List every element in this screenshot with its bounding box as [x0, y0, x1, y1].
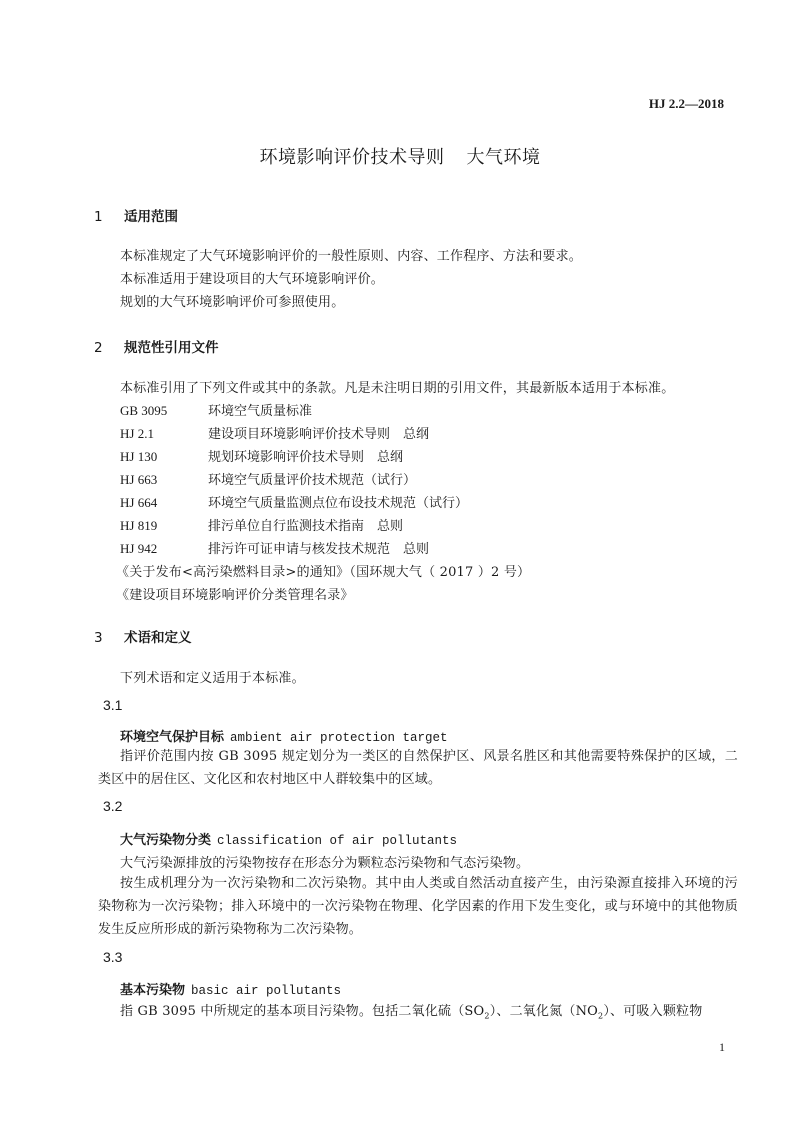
term-definition: 按生成机理分为一次污染物和二次污染物。其中由人类或自然活动直接产生，由污染源直接…: [98, 872, 738, 941]
reference-item: HJ 2.1建设项目环境影响评价技术导则 总纲: [120, 423, 429, 442]
section-heading-3: 3术语和定义: [94, 626, 192, 646]
reference-item: HJ 663环境空气质量评价技术规范（试行）: [120, 469, 416, 488]
page-number: 1: [719, 1040, 725, 1055]
paragraph: 本标准引用了下列文件或其中的条款。凡是未注明日期的引用文件，其最新版本适用于本标…: [120, 377, 674, 396]
paragraph: 下列术语和定义适用于本标准。: [120, 667, 305, 686]
document-page: HJ 2.2—2018 环境影响评价技术导则大气环境 1适用范围 本标准规定了大…: [0, 0, 800, 1132]
title-sub: 大气环境: [467, 147, 541, 168]
term-number: 3.1: [103, 697, 122, 713]
term-heading: 环境空气保护目标ambient air protection target: [120, 726, 448, 745]
standard-code: HJ 2.2—2018: [649, 96, 724, 112]
reference-item: HJ 942排污许可证申请与核发技术规范 总则: [120, 538, 429, 557]
other-reference: 《关于发布<高污染燃料目录>的通知》（国环规大气（ 2017 ）2 号）: [116, 561, 530, 580]
section-heading-2: 2规范性引用文件: [94, 336, 219, 356]
term-definition: 指 GB 3095 中所规定的基本项目污染物。包括二氧化硫（SO2）、二氧化氮（…: [120, 1000, 702, 1021]
section-heading-1: 1适用范围: [94, 205, 178, 225]
reference-item: HJ 664环境空气质量监测点位布设技术规范（试行）: [120, 492, 468, 511]
reference-item: HJ 130规划环境影响评价技术导则 总纲: [120, 446, 403, 465]
title-main: 环境影响评价技术导则: [260, 147, 445, 168]
term-heading: 大气污染物分类classification of air pollutants: [120, 829, 457, 848]
paragraph: 本标准适用于建设项目的大气环境影响评价。: [120, 268, 384, 287]
term-definition: 大气污染源排放的污染物按存在形态分为颗粒态污染物和气态污染物。: [120, 852, 529, 871]
term-number: 3.3: [103, 949, 122, 965]
document-title: 环境影响评价技术导则大气环境: [0, 143, 800, 169]
paragraph: 规划的大气环境影响评价可参照使用。: [120, 291, 344, 310]
reference-item: HJ 819排污单位自行监测技术指南 总则: [120, 515, 403, 534]
term-heading: 基本污染物basic air pollutants: [120, 979, 341, 998]
reference-item: GB 3095环境空气质量标准: [120, 400, 312, 419]
term-number: 3.2: [103, 798, 122, 814]
term-definition: 指评价范围内按 GB 3095 规定划分为一类区的自然保护区、风景名胜区和其他需…: [98, 745, 738, 791]
other-reference: 《建设项目环境影响评价分类管理名录》: [116, 584, 354, 603]
paragraph: 本标准规定了大气环境影响评价的一般性原则、内容、工作程序、方法和要求。: [120, 245, 582, 264]
